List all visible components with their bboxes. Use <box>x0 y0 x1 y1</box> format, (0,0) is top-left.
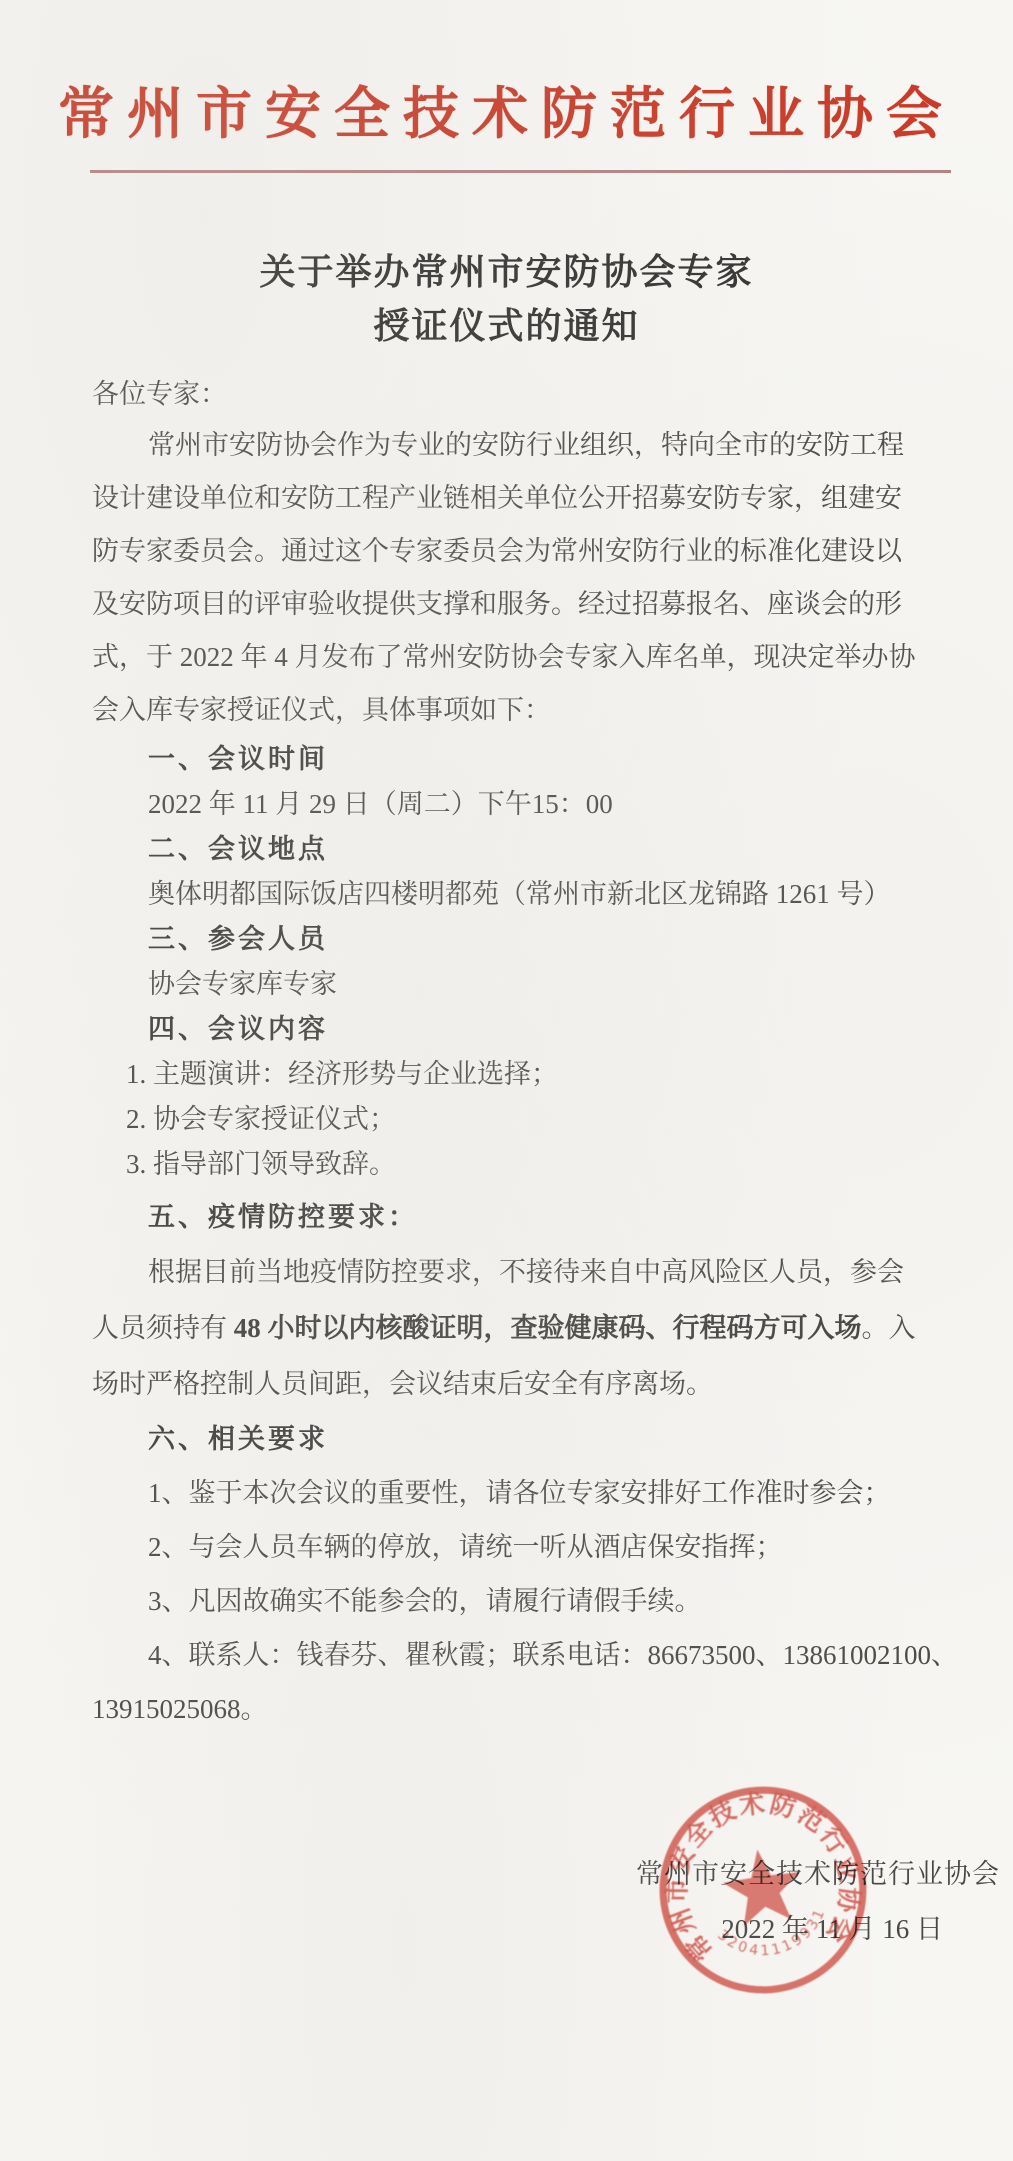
doc-line-covidfirst: 根据目前当地疫情防控要求，不接待来自中高风险区人员，参会 <box>92 1244 933 1300</box>
doc-line-covid: 场时严格控制人员间距，会议结束后安全有序离场。 <box>92 1356 933 1412</box>
doc-line-mid: 奥体明都国际饭店四楼明都苑（常州市新北区龙锦路 1261 号） <box>92 872 933 917</box>
doc-line-mid: 2022 年 11 月 29 日（周二）下午15：00 <box>92 782 933 827</box>
doc-line-heading: 二、会议地点 <box>92 827 933 872</box>
document-title-line-2: 授证仪式的通知 <box>0 299 1013 353</box>
doc-line-item4: 1. 主题演讲：经济形势与企业选择； <box>92 1052 933 1097</box>
doc-line-item6: 4、联系人：钱春芬、瞿秋霞；联系电话：86673500、13861002100、 <box>92 1628 933 1682</box>
doc-line-mid: 协会专家库专家 <box>92 962 933 1007</box>
doc-line-h6: 六、相关要求 <box>92 1412 933 1466</box>
doc-line-salutation: 各位专家： <box>92 369 933 419</box>
doc-run-bold: 48 小时以内核酸证明，查验健康码、行程码方可入场 <box>234 1313 862 1343</box>
official-seal-stamp: 常州市安全技术防范行业协会 3204111993177 <box>642 1769 884 2011</box>
doc-run: 。入 <box>862 1313 916 1343</box>
doc-line-item6: 2、与会人员车辆的停放，请统一听从酒店保安指挥； <box>92 1520 933 1574</box>
doc-line-paracont: 防专家委员会。通过这个专家委员会为常州安防行业的标准化建设以 <box>92 525 933 578</box>
document-title-line-1: 关于举办常州市安防协会专家 <box>0 245 1013 299</box>
doc-line-para: 常州市安防协会作为专业的安防行业组织，特向全市的安防工程 <box>92 419 933 472</box>
letterhead-rule <box>90 170 951 173</box>
doc-line-tail: 13915025068。 <box>92 1682 933 1736</box>
doc-line-item4: 2. 协会专家授证仪式； <box>92 1097 933 1142</box>
seal-star-icon <box>719 1844 806 1928</box>
document-title: 关于举办常州市安防协会专家 授证仪式的通知 <box>0 245 1013 353</box>
doc-line-paracont: 设计建设单位和安防工程产业链相关单位公开招募安防专家，组建安 <box>92 472 933 525</box>
doc-run: 人员须持有 <box>92 1313 234 1343</box>
doc-line-paracont: 会入库专家授证仪式，具体事项如下： <box>92 684 933 737</box>
doc-line-covid: 人员须持有 48 小时以内核酸证明，查验健康码、行程码方可入场。入 <box>92 1300 933 1356</box>
doc-line-item6: 3、凡因故确实不能参会的，请履行请假手续。 <box>92 1574 933 1628</box>
doc-line-paracont: 式，于 2022 年 4 月发布了常州安防协会专家入库名单，现决定举办协 <box>92 631 933 684</box>
doc-line-heading: 四、会议内容 <box>92 1007 933 1052</box>
doc-line-item4: 3. 指导部门领导致辞。 <box>92 1142 933 1187</box>
letterhead-org-name: 常州市安全技术防范行业协会 <box>20 70 993 150</box>
doc-line-paracont: 及安防项目的评审验收提供支撑和服务。经过招募报名、座谈会的形 <box>92 578 933 631</box>
doc-line-heading: 一、会议时间 <box>92 737 933 782</box>
document-body: 各位专家：常州市安防协会作为专业的安防行业组织，特向全市的安防工程设计建设单位和… <box>0 369 1013 1736</box>
doc-line-item6: 1、鉴于本次会议的重要性，请各位专家安排好工作准时参会； <box>92 1466 933 1520</box>
doc-line-h5: 五、疫情防控要求： <box>92 1191 933 1244</box>
doc-line-heading: 三、参会人员 <box>92 917 933 962</box>
